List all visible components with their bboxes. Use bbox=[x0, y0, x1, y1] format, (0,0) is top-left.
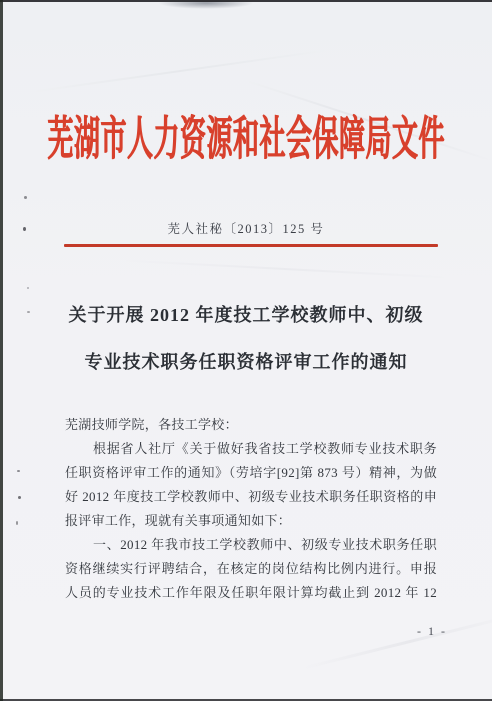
document-title-line2: 专业技术职务任职资格评审工作的通知 bbox=[0, 349, 492, 375]
scan-speckle bbox=[17, 470, 20, 472]
body-line: 任职资格评审工作的通知》（劳培字[92]第 873 号）精神，为做 bbox=[65, 461, 437, 485]
letterhead-title: 芜湖市人力资源和社会保障局文件 bbox=[0, 122, 492, 158]
scanned-document-page: 芜湖市人力资源和社会保障局文件 芜人社秘〔2013〕125 号 关于开展 201… bbox=[0, 0, 492, 701]
paper-crease bbox=[31, 49, 328, 93]
scan-speckle bbox=[18, 496, 21, 499]
letterhead-title-text: 芜湖市人力资源和社会保障局文件 bbox=[47, 108, 445, 173]
scan-speckle bbox=[16, 521, 18, 525]
paper-crease bbox=[120, 259, 450, 278]
scan-speckle bbox=[24, 196, 27, 199]
document-title-line1: 关于开展 2012 年度技工学校教师中、初级 bbox=[0, 302, 492, 328]
scan-edge-top bbox=[0, 0, 492, 2]
scan-edge-left bbox=[0, 0, 3, 701]
body-line: 报评审工作，现就有关事项通知如下： bbox=[65, 509, 437, 533]
body-line: 一、2012 年我市技工学校教师中、初级专业技术职务任职 bbox=[65, 533, 437, 557]
document-number: 芜人社秘〔2013〕125 号 bbox=[0, 219, 492, 239]
document-body: 芜湖技师学院，各技工学校： 根据省人社厅《关于做好我省技工学校教师专业技术职务 … bbox=[65, 413, 437, 605]
scan-speckle bbox=[27, 287, 29, 289]
red-divider-rule bbox=[64, 244, 438, 247]
body-line: 人员的专业技术工作年限及任职年限计算均截止到 2012 年 12 bbox=[65, 581, 437, 605]
paper-crease bbox=[303, 613, 492, 669]
body-line: 资格继续实行评聘结合，在核定的岗位结构比例内进行。申报 bbox=[65, 557, 437, 581]
salutation-line: 芜湖技师学院，各技工学校： bbox=[65, 413, 437, 437]
body-line: 好 2012 年度技工学校教师中、初级专业技术职务任职资格的申 bbox=[65, 485, 437, 509]
body-line: 根据省人社厅《关于做好我省技工学校教师专业技术职务 bbox=[65, 437, 437, 461]
page-number: - 1 - bbox=[417, 622, 447, 640]
